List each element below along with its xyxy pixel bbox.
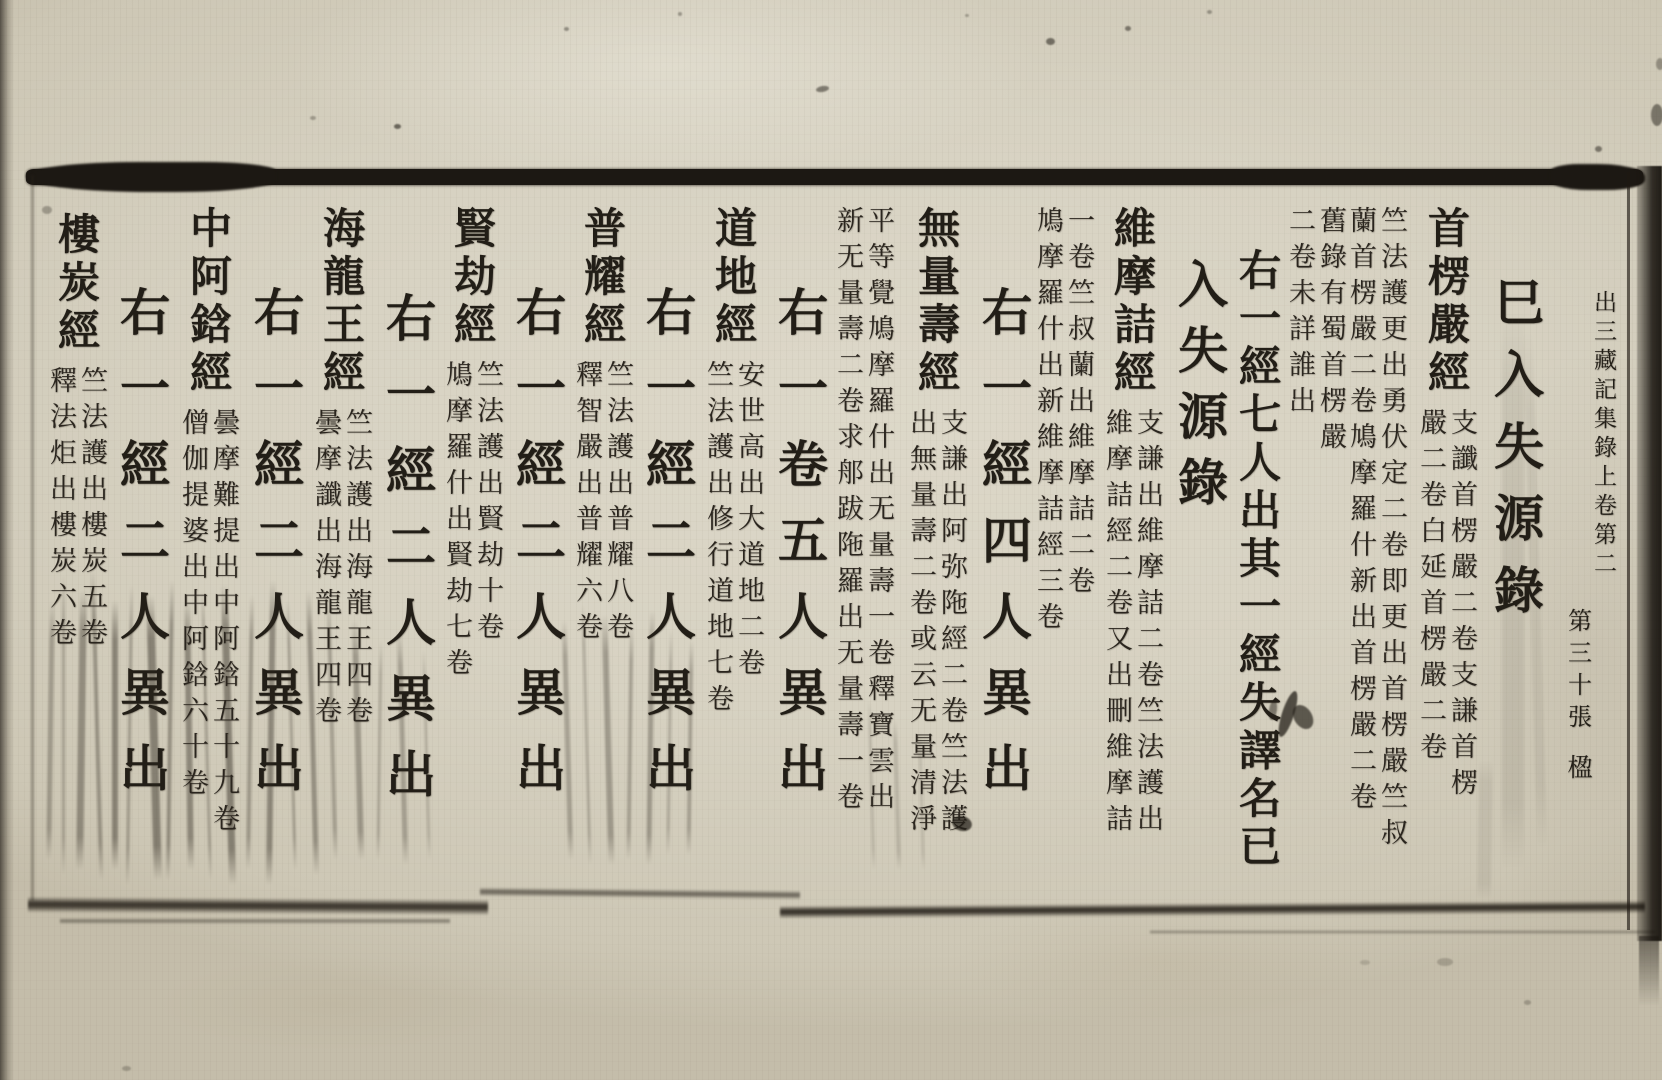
annotation-left: 鳩摩羅什出新維摩詰經三卷 [1032,206,1063,638]
frame-bottom-border [60,918,450,924]
sutra-title: 無量壽經 [906,206,966,398]
annotation-left: 竺法護出修行道地七卷 [702,360,733,720]
annotation-right: 一卷竺叔蘭出維摩詰二卷 [1063,206,1094,602]
ink-speck [816,85,830,93]
ink-streak [1502,310,1524,870]
annotation-pair: 一卷竺叔蘭出維摩詰二卷鳩摩羅什出新維摩詰經三卷 [1032,206,1094,638]
column-2-entry: 首楞嚴經支讖首楞嚴二卷支謙首楞嚴二卷白延首楞嚴二卷 [1408,200,1484,912]
column-16-line: 右一經二人異出 [508,200,566,912]
ink-speck [1125,26,1131,31]
statement-line: 右一卷五人異出 [763,286,835,818]
text-body: 出三藏記集錄上卷第二第三十張楹巳入失源錄首楞嚴經支讖首楞嚴二卷支謙首楞嚴二卷白延… [36,200,1626,912]
annotation-left: 二卷未詳誰出 [1284,206,1315,422]
annotation-left: 鳩摩羅什出賢劫七卷 [441,360,472,684]
ink-streak [112,600,118,870]
annotation-pair: 支讖首楞嚴二卷支謙首楞嚴二卷白延首楞嚴二卷 [1415,408,1477,804]
ink-speck [122,1066,131,1071]
column-0-header: 出三藏記集錄上卷第二第三十張楹 [1546,200,1626,912]
ink-speck [1360,960,1370,965]
annotation-left: 嚴二卷白延首楞嚴二卷 [1415,408,1446,768]
column-3-ann: 竺法護更出勇伏定二卷即更出首楞嚴竺叔蘭首楞嚴二卷鳩摩羅什新出首楞嚴二卷 [1344,200,1408,912]
annotation-right: 支讖首楞嚴二卷支謙首楞 [1446,408,1477,804]
column-8-ann: 一卷竺叔蘭出維摩詰二卷鳩摩羅什出新維摩詰經三卷 [1032,200,1094,912]
column-9-line: 右一經四人異出 [974,200,1032,912]
sutra-title: 賢劫經 [442,206,502,350]
annotation-pair: 竺法護出海龍王四卷曇摩讖出海龍王四卷 [310,408,372,732]
case-character: 楹 [1560,754,1596,779]
frame-bottom-border [1150,930,1655,934]
column-13-entry: 道地經安世高出大道地二卷竺法護出修行道地七卷 [696,200,770,912]
column-20-line: 右一經二人異出 [246,200,304,912]
sutra-title: 海龍王經 [311,206,371,398]
column-7-entry: 維摩詰經支謙出維摩詰二卷竺法護出維摩詰經二卷又出刪維摩詰 [1094,200,1170,912]
annotation-left: 蘭首楞嚴二卷鳩摩羅什新出首楞嚴二卷 [1345,206,1376,818]
statement-line: 右一經二人異出 [631,286,703,818]
sutra-title: 中阿鋡經 [178,206,238,398]
column-4-ann: 舊錄有蜀首楞嚴二卷未詳誰出 [1286,200,1344,912]
annotation-right: 安世高出大道地二卷 [733,360,764,684]
page-crease [31,175,34,901]
ink-speck [1651,104,1662,126]
statement-line: 入失源錄 [1163,258,1235,522]
ink-streak [62,575,65,875]
column-17-entry: 賢劫經竺法護出賢劫十卷鳩摩羅什出賢劫七卷 [436,200,508,912]
ink-speck [965,14,969,17]
statement-line: 右一經四人異出 [967,286,1039,818]
annotation-left: 維摩詰經二卷又出刪維摩詰 [1101,408,1132,840]
column-5-line: 右一經七人出其一經失譯名已 [1228,200,1286,912]
column-12-line: 右一卷五人異出 [770,200,828,912]
annotation-right: 舊錄有蜀首楞嚴 [1315,206,1346,458]
annotation-left: 釋智嚴出普耀六卷 [571,360,602,648]
ink-speck [1524,1000,1531,1005]
column-6-line: 入失源錄 [1170,200,1228,912]
column-11-ann: 平等覺鳩摩羅什出无量壽一卷釋寶雲出新无量壽二卷求郍跋陁羅出无量壽一卷 [828,200,898,912]
ink-speck [1207,10,1212,14]
ink-speck [678,12,682,16]
ink-speck [42,206,52,214]
annotation-left: 曇摩讖出海龍王四卷 [310,408,341,732]
statement-line: 右一經二人異出 [501,286,573,818]
annotation-left: 新无量壽二卷求郍跋陁羅出无量壽一卷 [832,206,863,818]
statement-line: 右一經二人異出 [371,292,443,824]
annotation-pair: 竺法護出賢劫十卷鳩摩羅什出賢劫七卷 [441,360,503,684]
sutra-title: 首楞嚴經 [1416,206,1476,398]
ink-speck [394,124,401,129]
frame-right-border [1627,172,1630,930]
column-10-entry: 無量壽經支謙出阿弥陁經二卷竺法護出無量壽二卷或云无量清淨 [898,200,974,912]
scanned-page: 出三藏記集錄上卷第二第三十張楹巳入失源錄首楞嚴經支讖首楞嚴二卷支謙首楞嚴二卷白延… [0,0,1662,1080]
annotation-right: 支謙出維摩詰二卷竺法護出 [1132,408,1163,840]
annotation-pair: 支謙出阿弥陁經二卷竺法護出無量壽二卷或云无量清淨 [905,408,967,840]
frame-top-border [26,169,1643,185]
annotation-pair: 安世高出大道地二卷竺法護出修行道地七卷 [702,360,764,720]
sutra-title: 道地經 [703,206,763,350]
annotation-right: 竺法護更出勇伏定二卷即更出首楞嚴竺叔 [1376,206,1407,854]
annotation-pair: 竺法護更出勇伏定二卷即更出首楞嚴竺叔蘭首楞嚴二卷鳩摩羅什新出首楞嚴二卷 [1345,206,1407,854]
sheet-number: 第三十張 [1561,608,1596,736]
annotation-pair: 平等覺鳩摩羅什出无量壽一卷釋寶雲出新无量壽二卷求郍跋陁羅出无量壽一卷 [832,206,894,818]
annotation-right: 竺法護出賢劫十卷 [472,360,503,648]
annotation-pair: 竺法護出普耀八卷釋智嚴出普耀六卷 [571,360,633,648]
ink-speck [1595,146,1602,152]
annotation-pair: 舊錄有蜀首楞嚴二卷未詳誰出 [1284,206,1346,458]
book-edge-shadow [0,0,14,1080]
ink-speck [1437,958,1453,966]
series-title: 出三藏記集錄上卷第二 [1587,290,1620,580]
sutra-title: 樓炭經 [46,212,106,356]
sutra-title: 普耀經 [572,206,632,350]
binding-ink-band [1637,166,1662,941]
ink-speck [310,116,316,120]
annotation-right: 竺法護出普耀八卷 [602,360,633,648]
column-22-line: 右一經二人異出 [112,200,170,912]
ink-speck [1046,38,1055,45]
annotation-pair: 支謙出維摩詰二卷竺法護出維摩詰經二卷又出刪維摩詰 [1101,408,1163,840]
annotation-right: 支謙出阿弥陁經二卷竺法護 [936,408,967,840]
sutra-title: 維摩詰經 [1102,206,1162,398]
statement-line: 右一經七人出其一經失譯名已 [1227,248,1287,872]
sheet-number-block: 第三十張楹 [1560,608,1596,779]
ink-streak [1477,760,1493,900]
ink-speck [564,27,569,31]
ink-speck [1656,58,1662,70]
